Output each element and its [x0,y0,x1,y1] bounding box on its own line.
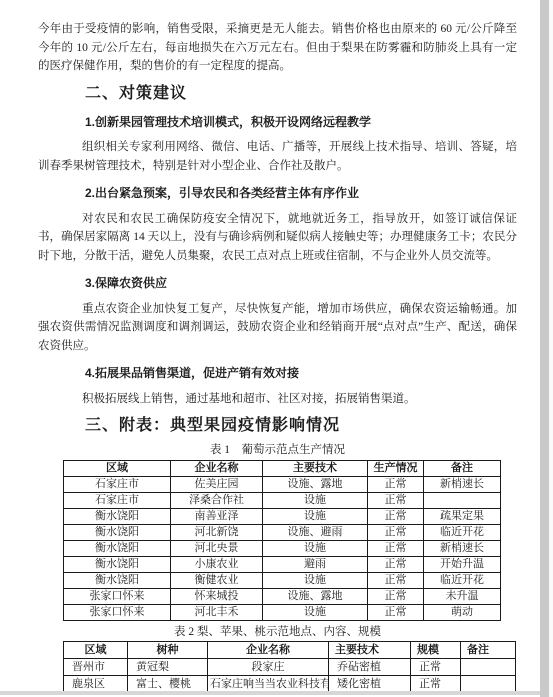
table-cell: 设施 [263,541,368,557]
table2-caption: 表 2 梨、苹果、桃示范地点、内容、规模 [38,624,517,640]
table-header-row: 区域树种企业名称主要技术规模备注 [64,642,516,659]
table-cell [461,659,516,676]
table-cell: 黄冠梨 [128,659,208,676]
table-row: 石家庄市泽桑合作社设施正常 [64,493,501,509]
page-right-edge-shadow [540,0,549,697]
table-cell: 设施 [263,493,368,509]
column-header: 主要技术 [263,461,368,477]
table-cell: 鹿泉区 [64,676,128,693]
table-row: 张家口怀来怀来城投设施、露地正常未升温 [64,589,501,605]
table-cell: 开始升温 [424,557,501,573]
table-cell: 萌动 [424,605,501,621]
table-cell: 正常 [368,573,424,589]
pear-table-header: 区域树种企业名称主要技术规模备注 [64,642,516,659]
table-cell: 正常 [368,509,424,525]
table-cell: 张家口怀来 [64,605,171,621]
subsection-title-4: 4.拓展果品销售渠道，促进产销有效对接 [85,365,517,382]
table-cell: 设施 [263,605,368,621]
table-row: 石家庄市佐美庄园设施、露地正常新梢速长 [64,477,501,493]
table1-caption: 表 1 葡萄示范点生产情况 [38,442,517,458]
column-header: 树种 [128,642,208,659]
table-cell: 设施 [263,509,368,525]
table-row: 衡水饶阳南善亚泽设施正常疏果定果 [64,509,501,525]
table-cell [424,493,501,509]
table-header-row: 区域企业名称主要技术生产情况备注 [64,461,501,477]
subsection-body-2: 对农民和农民工确保防疫安全情况下，就地就近务工，指导放开，如签订诚信保证书，确保… [38,210,517,266]
table-cell [461,676,516,693]
table-cell: 疏果定果 [424,509,501,525]
table-cell: 新梢速长 [424,541,501,557]
table-cell: 设施 [263,573,368,589]
column-header: 企业名称 [171,461,263,477]
table-cell: 正常 [368,589,424,605]
table-cell: 石家庄市 [64,493,171,509]
table-cell: 富士、樱桃 [128,676,208,693]
subsection-title-3: 3.保障农资供应 [85,275,517,292]
column-header: 规模 [411,642,461,659]
table-cell: 避雨 [263,557,368,573]
table-cell: 设施、露地 [263,477,368,493]
table-cell: 正常 [368,557,424,573]
table-cell: 晋州市 [64,659,128,676]
table-cell: 临近开花 [424,573,501,589]
table-row: 鹿泉区富士、樱桃石家庄响当当农业科技有矮化密植正常 [64,676,516,693]
table-row: 衡水饶阳小康农业避雨正常开始升温 [64,557,501,573]
table-cell: 衡水饶阳 [64,541,171,557]
table-cell: 正常 [411,676,461,693]
table-cell: 河北丰禾 [171,605,263,621]
grape-production-table: 区域企业名称主要技术生产情况备注 石家庄市佐美庄园设施、露地正常新梢速长石家庄市… [63,460,501,621]
table-row: 晋州市黄冠梨段家庄乔砧密植正常 [64,659,516,676]
section-heading-appendix: 三、附表：典型果园疫情影响情况 [85,416,517,436]
table-cell: 设施、露地 [263,589,368,605]
table-cell: 南善亚泽 [171,509,263,525]
table-cell: 河北新饶 [171,525,263,541]
column-header: 主要技术 [329,642,411,659]
page-bottom-edge-shadow [0,691,540,695]
table-cell: 正常 [368,541,424,557]
table-row: 衡水饶阳河北新饶设施、避雨正常临近开花 [64,525,501,541]
table-cell: 衡健农业 [171,573,263,589]
table-cell: 段家庄 [208,659,329,676]
page-content: 今年由于受疫情的影响，销售受限，采摘更是无人能去。销售价格也由原来的 60 元/… [0,0,553,693]
subsection-title-2: 2.出台紧急预案，引导农民和各类经营主体有序作业 [85,185,517,202]
table-cell: 临近开花 [424,525,501,541]
table-cell: 小康农业 [171,557,263,573]
subsection-body-3: 重点农资企业加快复工复产，尽快恢复产能，增加市场供应，确保农资运输畅通。加强农资… [38,300,517,356]
table-cell: 衡水饶阳 [64,557,171,573]
column-header: 备注 [424,461,501,477]
page-right-margin [549,0,553,697]
table-cell: 怀来城投 [171,589,263,605]
table-cell: 正常 [368,477,424,493]
column-header: 备注 [461,642,516,659]
table-cell: 新梢速长 [424,477,501,493]
table-cell: 正常 [368,493,424,509]
table-row: 衡水饶阳衡健农业设施正常临近开花 [64,573,501,589]
table-row: 张家口怀来河北丰禾设施正常萌动 [64,605,501,621]
column-header: 区域 [64,642,128,659]
subsection-body-1: 组织相关专家利用网络、微信、电话、广播等，开展线上技术指导、培训、答疑，培训春季… [38,138,517,175]
subsection-title-1: 1.创新果园管理技术培训模式，积极开设网络远程教学 [85,114,517,131]
table-cell: 石家庄响当当农业科技有 [208,676,329,693]
table-cell: 佐美庄园 [171,477,263,493]
column-header: 企业名称 [208,642,329,659]
table-cell: 矮化密植 [329,676,411,693]
table-cell: 泽桑合作社 [171,493,263,509]
table-cell: 正常 [411,659,461,676]
document-page: 今年由于受疫情的影响，销售受限，采摘更是无人能去。销售价格也由原来的 60 元/… [0,0,553,697]
column-header: 区域 [64,461,171,477]
table-cell: 乔砧密植 [329,659,411,676]
column-header: 生产情况 [368,461,424,477]
table-cell: 石家庄市 [64,477,171,493]
grape-table-body: 石家庄市佐美庄园设施、露地正常新梢速长石家庄市泽桑合作社设施正常衡水饶阳南善亚泽… [64,477,501,621]
table-cell: 未升温 [424,589,501,605]
section-heading-countermeasures: 二、对策建议 [85,84,517,104]
table-cell: 正常 [368,605,424,621]
table-cell: 衡水饶阳 [64,525,171,541]
pear-table-body: 晋州市黄冠梨段家庄乔砧密植正常鹿泉区富士、樱桃石家庄响当当农业科技有矮化密植正常 [64,659,516,693]
table-cell: 衡水饶阳 [64,509,171,525]
subsection-body-4: 积极拓展线上销售，通过基地和超市、社区对接，拓展销售渠道。 [38,390,517,409]
intro-paragraph: 今年由于受疫情的影响，销售受限，采摘更是无人能去。销售价格也由原来的 60 元/… [38,20,517,76]
pear-apple-peach-table: 区域树种企业名称主要技术规模备注 晋州市黄冠梨段家庄乔砧密植正常鹿泉区富士、樱桃… [63,641,516,693]
table-row: 衡水饶阳河北央景设施正常新梢速长 [64,541,501,557]
table-cell: 设施、避雨 [263,525,368,541]
table-cell: 张家口怀来 [64,589,171,605]
grape-table-header: 区域企业名称主要技术生产情况备注 [64,461,501,477]
table-cell: 正常 [368,525,424,541]
table-cell: 衡水饶阳 [64,573,171,589]
table-cell: 河北央景 [171,541,263,557]
